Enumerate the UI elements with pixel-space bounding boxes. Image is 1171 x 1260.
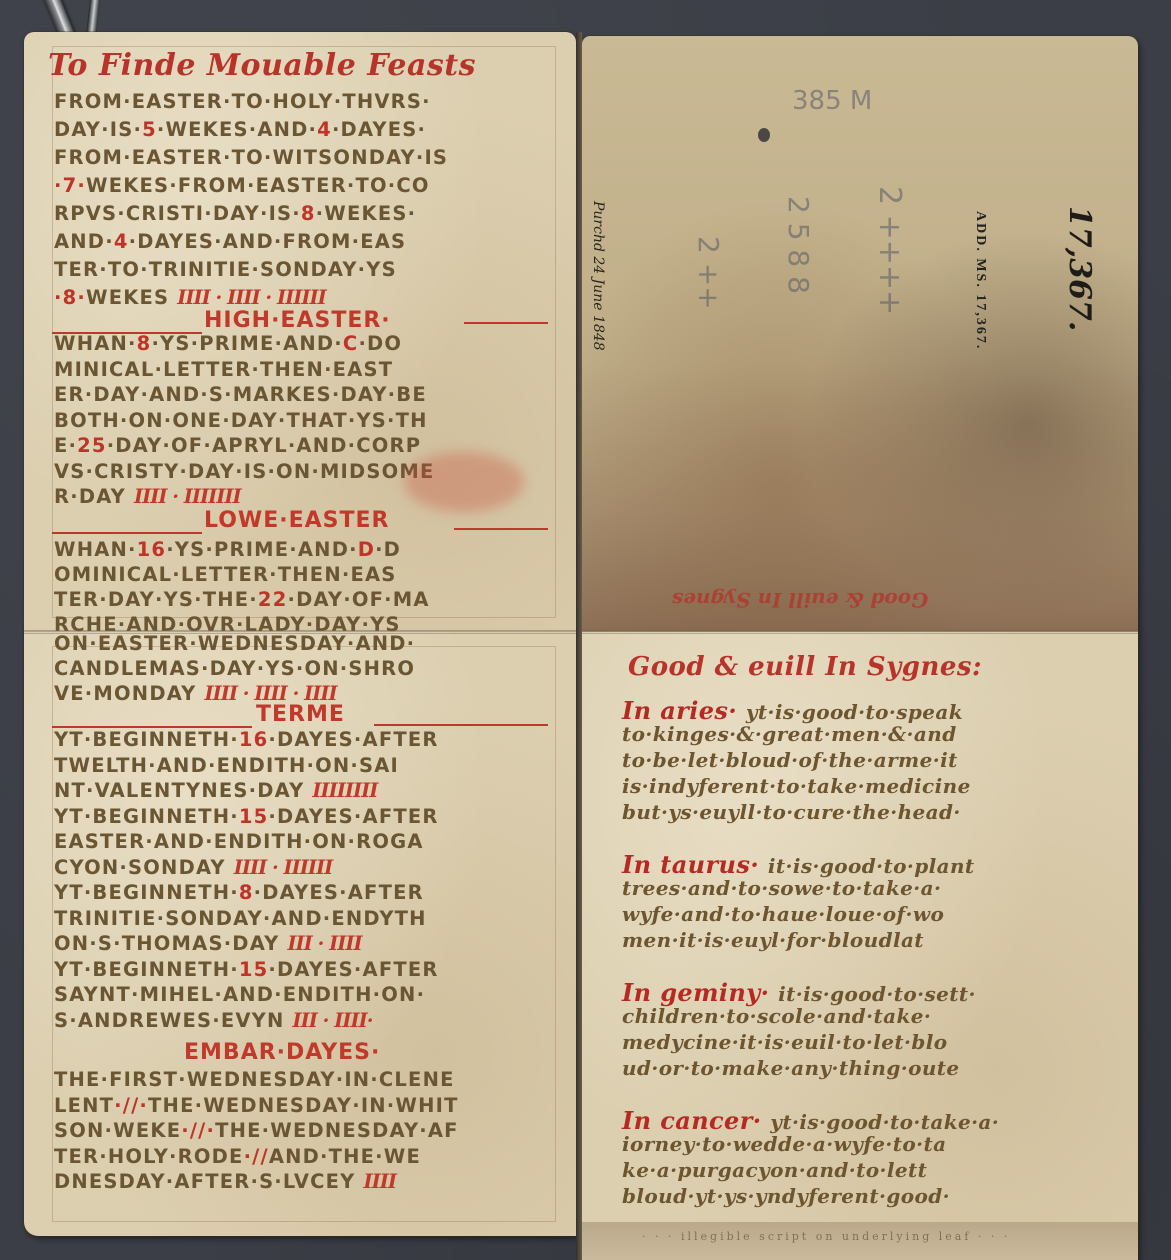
text-line: trees·and·to·sowe·to·take·a·	[622, 876, 941, 900]
rubric-number: 5	[142, 118, 157, 141]
text-line: to·kinges·&·great·men·&·and	[622, 722, 957, 746]
text-run: LENT	[54, 1094, 114, 1117]
zodiac-sign-label: In cancer·	[622, 1106, 770, 1135]
text-run: YT·BEGINNETH·	[54, 728, 239, 751]
text-run: R·DAY	[54, 485, 134, 508]
rubric-number: 16	[137, 538, 167, 561]
text-run: to·kinges·&·great·men·&·and	[622, 722, 957, 746]
rubric-number: 15	[239, 805, 269, 828]
zodiac-sign-label: In aries·	[622, 696, 746, 725]
text-run: TRINITIE·SONDAY·AND·ENDYTH	[54, 907, 427, 930]
rubric-number: ·//·	[181, 1119, 215, 1142]
text-line: NT·VALENTYNES·DAY ıııııııı	[54, 779, 377, 802]
rubric-number: 4	[317, 118, 332, 141]
text-line: wyfe·and·to·haue·loue·of·wo	[622, 902, 944, 926]
text-run: ·YS·PRIME·AND·	[166, 538, 357, 561]
text-run: ud·or·to·make·any·thing·oute	[622, 1056, 960, 1080]
text-run: THE·FIRST·WEDNESDAY·IN·CLENE	[54, 1068, 455, 1091]
offset-red-text: Good & euill In Sygnes	[672, 588, 928, 612]
purchase-note: Purchd 24 June 1848	[590, 201, 606, 351]
folio-number: 17,367.	[1062, 206, 1097, 331]
heading-rule	[374, 724, 548, 726]
text-line: SAYNT·MIHEL·AND·ENDITH·ON·	[54, 983, 425, 1006]
text-line: In geminy· it·is·good·to·sett·	[622, 978, 976, 1007]
text-line: ON·EASTER·WEDNESDAY·AND·	[54, 632, 415, 655]
heading-high-easter: HIGH·EASTER·	[204, 308, 391, 333]
text-run: THE·WEDNESDAY·AF	[215, 1119, 459, 1142]
vertical-fold	[576, 32, 582, 1260]
heading-embar-dayes: EMBAR·DAYES·	[184, 1040, 380, 1065]
text-run: ·WEKES·	[316, 202, 417, 225]
red-ink-stain	[404, 452, 524, 512]
heading-rule	[454, 528, 548, 530]
text-line: DAY·IS·5·WEKES·AND·4·DAYES·	[54, 118, 426, 141]
text-run: FROM·EASTER·TO·WITSONDAY·IS	[54, 146, 448, 169]
panel-title: Good & euill In Sygnes:	[628, 652, 982, 682]
text-run: CANDLEMAS·DAY·YS·ON·SHRO	[54, 657, 415, 680]
text-run: ·DAYES·AND·FROM·EAS	[129, 230, 407, 253]
text-run: NT·VALENTYNES·DAY	[54, 779, 312, 802]
rubric-number: ·//·	[114, 1094, 148, 1117]
text-line: YT·BEGINNETH·16·DAYES·AFTER	[54, 728, 439, 751]
text-run: ·DAYES·AFTER	[268, 958, 438, 981]
text-run: WEKES	[86, 286, 177, 309]
text-line: YT·BEGINNETH·15·DAYES·AFTER	[54, 805, 439, 828]
text-line: SON·WEKE·//·THE·WEDNESDAY·AF	[54, 1119, 459, 1142]
line-filler-flourish: ııı · ıııı·	[293, 1009, 373, 1032]
text-run: VS·CRISTY·DAY·IS·ON·MIDSOME	[54, 460, 435, 483]
underlying-leaf: · · · illegible script on underlying lea…	[582, 1222, 1138, 1260]
text-line: THE·FIRST·WEDNESDAY·IN·CLENE	[54, 1068, 455, 1091]
text-run: ER·DAY·AND·S·MARKES·DAY·BE	[54, 383, 427, 406]
text-run: TER·DAY·YS·THE·	[54, 588, 258, 611]
text-line: men·it·is·euyl·for·bloudlat	[622, 928, 924, 952]
text-run: yt·is·good·to·take·a·	[770, 1110, 999, 1134]
heading-terme: TERME	[256, 702, 345, 727]
text-line: EASTER·AND·ENDITH·ON·ROGA	[54, 830, 424, 853]
text-run: TER·HOLY·RODE	[54, 1145, 244, 1168]
text-run: E·	[54, 434, 77, 457]
text-run: it·is·good·to·plant	[768, 854, 975, 878]
text-run: ·DAYES·	[332, 118, 426, 141]
text-line: R·DAY ıııı · ııııııı	[54, 485, 241, 508]
text-line: but·ys·euyll·to·cure·the·head·	[622, 800, 961, 824]
line-filler-flourish: ıııııııı	[312, 779, 377, 802]
text-line: S·ANDREWES·EVYN ııı · ıııı·	[54, 1009, 373, 1032]
text-run: ON·EASTER·WEDNESDAY·AND·	[54, 632, 415, 655]
text-run: YT·BEGINNETH·	[54, 881, 239, 904]
text-line: bloud·yt·ys·yndyferent·good·	[622, 1184, 950, 1208]
text-run: children·to·scole·and·take·	[622, 1004, 931, 1028]
text-line: ke·a·purgacyon·and·to·lett	[622, 1158, 927, 1182]
text-run: VE·MONDAY	[54, 682, 204, 705]
text-run: ·YS·PRIME·AND·	[151, 332, 342, 355]
rubric-number: ·//	[244, 1145, 269, 1168]
text-line: TWELTH·AND·ENDITH·ON·SAI	[54, 754, 399, 777]
rubric-number: 22	[258, 588, 288, 611]
text-line: YT·BEGINNETH·15·DAYES·AFTER	[54, 958, 439, 981]
text-run: ·DAY·OF·APRYL·AND·CORP	[107, 434, 422, 457]
text-line: is·indyferent·to·take·medicine	[622, 774, 971, 798]
heading-rule	[52, 532, 202, 534]
text-line: FROM·EASTER·TO·WITSONDAY·IS	[54, 146, 448, 169]
text-run: ke·a·purgacyon·and·to·lett	[622, 1158, 927, 1182]
text-run: SON·WEKE	[54, 1119, 181, 1142]
text-run: DAY·IS·	[54, 118, 142, 141]
text-run: OMINICAL·LETTER·THEN·EAS	[54, 563, 397, 586]
pencil-mark: 385 M	[792, 86, 872, 116]
text-run: ·WEKES·AND·	[157, 118, 317, 141]
heading-rule	[464, 322, 548, 324]
text-run: RPVS·CRISTI·DAY·IS·	[54, 202, 301, 225]
text-run: TWELTH·AND·ENDITH·ON·SAI	[54, 754, 399, 777]
pencil-mark: 2 5 8 8	[782, 196, 815, 294]
text-run: it·is·good·to·sett·	[778, 982, 976, 1006]
text-run: WHAN·	[54, 538, 137, 561]
text-run: but·ys·euyll·to·cure·the·head·	[622, 800, 961, 824]
text-line: In aries· yt·is·good·to·speak	[622, 696, 963, 725]
text-line: ON·S·THOMAS·DAY ııı · ıııı	[54, 932, 362, 955]
rubric-number: 8	[137, 332, 152, 355]
pencil-mark: 2 ++++	[872, 186, 907, 315]
zodiac-sign-label: In taurus·	[622, 850, 768, 879]
text-run: AND·	[54, 230, 114, 253]
text-run: FROM·EASTER·TO·HOLY·THVRS·	[54, 90, 431, 113]
rubric-number: ·7·	[54, 174, 86, 197]
text-line: TER·HOLY·RODE·//AND·THE·WE	[54, 1145, 421, 1168]
text-run: to·be·let·bloud·of·the·arme·it	[622, 748, 958, 772]
panel-good-and-evil-in-signs: Good & euill In Sygnes: In aries· yt·is·…	[582, 632, 1138, 1260]
text-run: SAYNT·MIHEL·AND·ENDITH·ON·	[54, 983, 425, 1006]
line-filler-flourish: ıııı · ıııı · ıııııı	[177, 286, 325, 309]
text-run: THE·WEDNESDAY·IN·WHIT	[148, 1094, 459, 1117]
rubric-number: 16	[239, 728, 269, 751]
text-run: YT·BEGINNETH·	[54, 805, 239, 828]
panel-title: To Finde Mouable Feasts	[48, 48, 476, 83]
text-run: ·D	[375, 538, 401, 561]
underlying-leaf-text: · · · illegible script on underlying lea…	[642, 1230, 1010, 1243]
rubric-number: 8	[301, 202, 316, 225]
heading-lowe-easter: LOWE·EASTER	[204, 508, 389, 533]
line-filler-flourish: ıııı	[364, 1170, 397, 1193]
text-line: CANDLEMAS·DAY·YS·ON·SHRO	[54, 657, 415, 680]
text-run: medycine·it·is·euil·to·let·blo	[622, 1030, 948, 1054]
text-line: RPVS·CRISTI·DAY·IS·8·WEKES·	[54, 202, 416, 225]
rubric-number: 25	[77, 434, 107, 457]
line-filler-flourish: ııı · ıııı	[287, 932, 361, 955]
zodiac-sign-label: In geminy·	[622, 978, 778, 1007]
text-line: MINICAL·LETTER·THEN·EAST	[54, 358, 393, 381]
text-line: In cancer· yt·is·good·to·take·a·	[622, 1106, 999, 1135]
ink-dot	[758, 128, 770, 142]
text-run: EASTER·AND·ENDITH·ON·ROGA	[54, 830, 424, 853]
text-line: TER·DAY·YS·THE·22·DAY·OF·MA	[54, 588, 430, 611]
text-line: AND·4·DAYES·AND·FROM·EAS	[54, 230, 406, 253]
text-run: CYON·SONDAY	[54, 856, 234, 879]
text-line: medycine·it·is·euil·to·let·blo	[622, 1030, 948, 1054]
text-run: yt·is·good·to·speak	[746, 700, 963, 724]
rubric-number: C	[343, 332, 359, 355]
panel-outer-cover: 385 M 2 ++++ 2 5 8 8 2 ++ ADD. MS. 17,36…	[582, 36, 1138, 632]
line-filler-flourish: ıııı · ııııııı	[134, 485, 241, 508]
text-line: ·8·WEKES ıııı · ıııı · ıııııı	[54, 286, 326, 309]
text-line: FROM·EASTER·TO·HOLY·THVRS·	[54, 90, 431, 113]
text-line: BOTH·ON·ONE·DAY·THAT·YS·TH	[54, 409, 428, 432]
rubric-number: 15	[239, 958, 269, 981]
text-line: ·7·WEKES·FROM·EASTER·TO·CO	[54, 174, 430, 197]
text-run: ·DAYES·AFTER	[268, 728, 438, 751]
line-filler-flourish: ıııı · ıııııı	[234, 856, 333, 879]
rubric-number: ·8·	[54, 286, 86, 309]
text-line: children·to·scole·and·take·	[622, 1004, 931, 1028]
text-run: wyfe·and·to·haue·loue·of·wo	[622, 902, 944, 926]
text-run: S·ANDREWES·EVYN	[54, 1009, 293, 1032]
text-run: ·DAY·OF·MA	[287, 588, 429, 611]
text-run: ON·S·THOMAS·DAY	[54, 932, 287, 955]
text-line: YT·BEGINNETH·8·DAYES·AFTER	[54, 881, 424, 904]
text-line: TRINITIE·SONDAY·AND·ENDYTH	[54, 907, 427, 930]
text-line: CYON·SONDAY ıııı · ıııııı	[54, 856, 332, 879]
text-line: E·25·DAY·OF·APRYL·AND·CORP	[54, 434, 421, 457]
text-line: OMINICAL·LETTER·THEN·EAS	[54, 563, 397, 586]
text-line: DNESDAY·AFTER·S·LVCEY ıııı	[54, 1170, 396, 1193]
text-run: YT·BEGINNETH·	[54, 958, 239, 981]
text-run: ·DAYES·AFTER	[254, 881, 424, 904]
text-line: In taurus· it·is·good·to·plant	[622, 850, 975, 879]
text-line: ud·or·to·make·any·thing·oute	[622, 1056, 960, 1080]
rubric-number: 4	[114, 230, 129, 253]
text-run: iorney·to·wedde·a·wyfe·to·ta	[622, 1132, 946, 1156]
panel-terme-embar: ON·EASTER·WEDNESDAY·AND·CANDLEMAS·DAY·YS…	[24, 632, 576, 1236]
text-run: men·it·is·euyl·for·bloudlat	[622, 928, 924, 952]
text-line: to·be·let·bloud·of·the·arme·it	[622, 748, 958, 772]
text-run: BOTH·ON·ONE·DAY·THAT·YS·TH	[54, 409, 428, 432]
text-line: WHAN·8·YS·PRIME·AND·C·DO	[54, 332, 402, 355]
text-run: WHAN·	[54, 332, 137, 355]
text-run: ·DAYES·AFTER	[268, 805, 438, 828]
text-run: AND·THE·WE	[269, 1145, 421, 1168]
pencil-mark: 2 ++	[692, 236, 725, 310]
rubric-number: 8	[239, 881, 254, 904]
text-line: VS·CRISTY·DAY·IS·ON·MIDSOME	[54, 460, 435, 483]
text-run: ·DO	[358, 332, 402, 355]
text-run: bloud·yt·ys·yndyferent·good·	[622, 1184, 950, 1208]
text-line: ER·DAY·AND·S·MARKES·DAY·BE	[54, 383, 427, 406]
text-line: WHAN·16·YS·PRIME·AND·D·D	[54, 538, 401, 561]
text-line: TER·TO·TRINITIE·SONDAY·YS	[54, 258, 397, 281]
text-run: DNESDAY·AFTER·S·LVCEY	[54, 1170, 364, 1193]
text-line: LENT·//·THE·WEDNESDAY·IN·WHIT	[54, 1094, 459, 1117]
text-run: MINICAL·LETTER·THEN·EAST	[54, 358, 393, 381]
rubric-number: D	[358, 538, 375, 561]
text-run: trees·and·to·sowe·to·take·a·	[622, 876, 941, 900]
text-line: iorney·to·wedde·a·wyfe·to·ta	[622, 1132, 946, 1156]
text-run: TER·TO·TRINITIE·SONDAY·YS	[54, 258, 397, 281]
text-run: is·indyferent·to·take·medicine	[622, 774, 971, 798]
panel-movable-feasts: To Finde Mouable Feasts FROM·EASTER·TO·H…	[24, 32, 576, 632]
text-run: WEKES·FROM·EASTER·TO·CO	[86, 174, 430, 197]
shelfmark-stamp: ADD. MS. 17,367.	[972, 211, 988, 350]
